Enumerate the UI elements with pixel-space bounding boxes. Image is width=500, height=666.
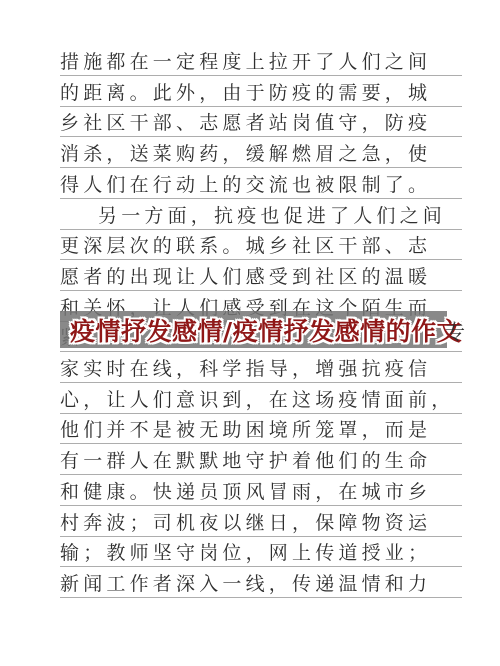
document-page: 措施都在一定程度上拉开了人们之间的距离。此外，由于防疫的需要，城乡社区干部、志愿… xyxy=(0,0,500,666)
handwritten-line: 新闻工作者深入一线，传递温情和力 xyxy=(60,567,462,598)
handwritten-line: 愿者的出现让人们感受到社区的温暖 xyxy=(60,260,462,291)
handwritten-line: 消杀，送菜购药，缓解燃眉之急，使 xyxy=(60,137,462,168)
page-title: 疫情抒发感情/疫情抒发感情的作文 xyxy=(70,312,462,348)
title-overlay-bar: 疫情抒发感情/疫情抒发感情的作文 xyxy=(60,311,447,348)
handwritten-line: 的距离。此外，由于防疫的需要，城 xyxy=(60,76,462,107)
handwritten-fragment-after-bar: 专 xyxy=(445,316,465,345)
handwritten-line: 和健康。快递员顶风冒雨，在城市乡 xyxy=(60,475,462,506)
handwritten-line: 输；教师坚守岗位，网上传道授业； xyxy=(60,536,462,567)
handwritten-line: 家实时在线，科学指导，增强抗疫信 xyxy=(60,352,462,383)
handwritten-line: 村奔波；司机夜以继日，保障物资运 xyxy=(60,506,462,537)
handwritten-line: 乡社区干部、志愿者站岗值守，防疫 xyxy=(60,106,462,137)
handwritten-line: 措施都在一定程度上拉开了人们之间 xyxy=(60,45,462,76)
handwritten-line: 得人们在行动上的交流也被限制了。 xyxy=(60,168,462,199)
handwritten-line: 另一方面，抗疫也促进了人们之间 xyxy=(60,199,462,230)
handwritten-line: 更深层次的联系。城乡社区干部、志 xyxy=(60,229,462,260)
handwritten-line: 心，让人们意识到，在这场疫情面前， xyxy=(60,383,462,414)
handwritten-line: 有一群人在默默地守护着他们的生命 xyxy=(60,444,462,475)
handwritten-line: 他们并不是被无助困境所笼罩，而是 xyxy=(60,413,462,444)
